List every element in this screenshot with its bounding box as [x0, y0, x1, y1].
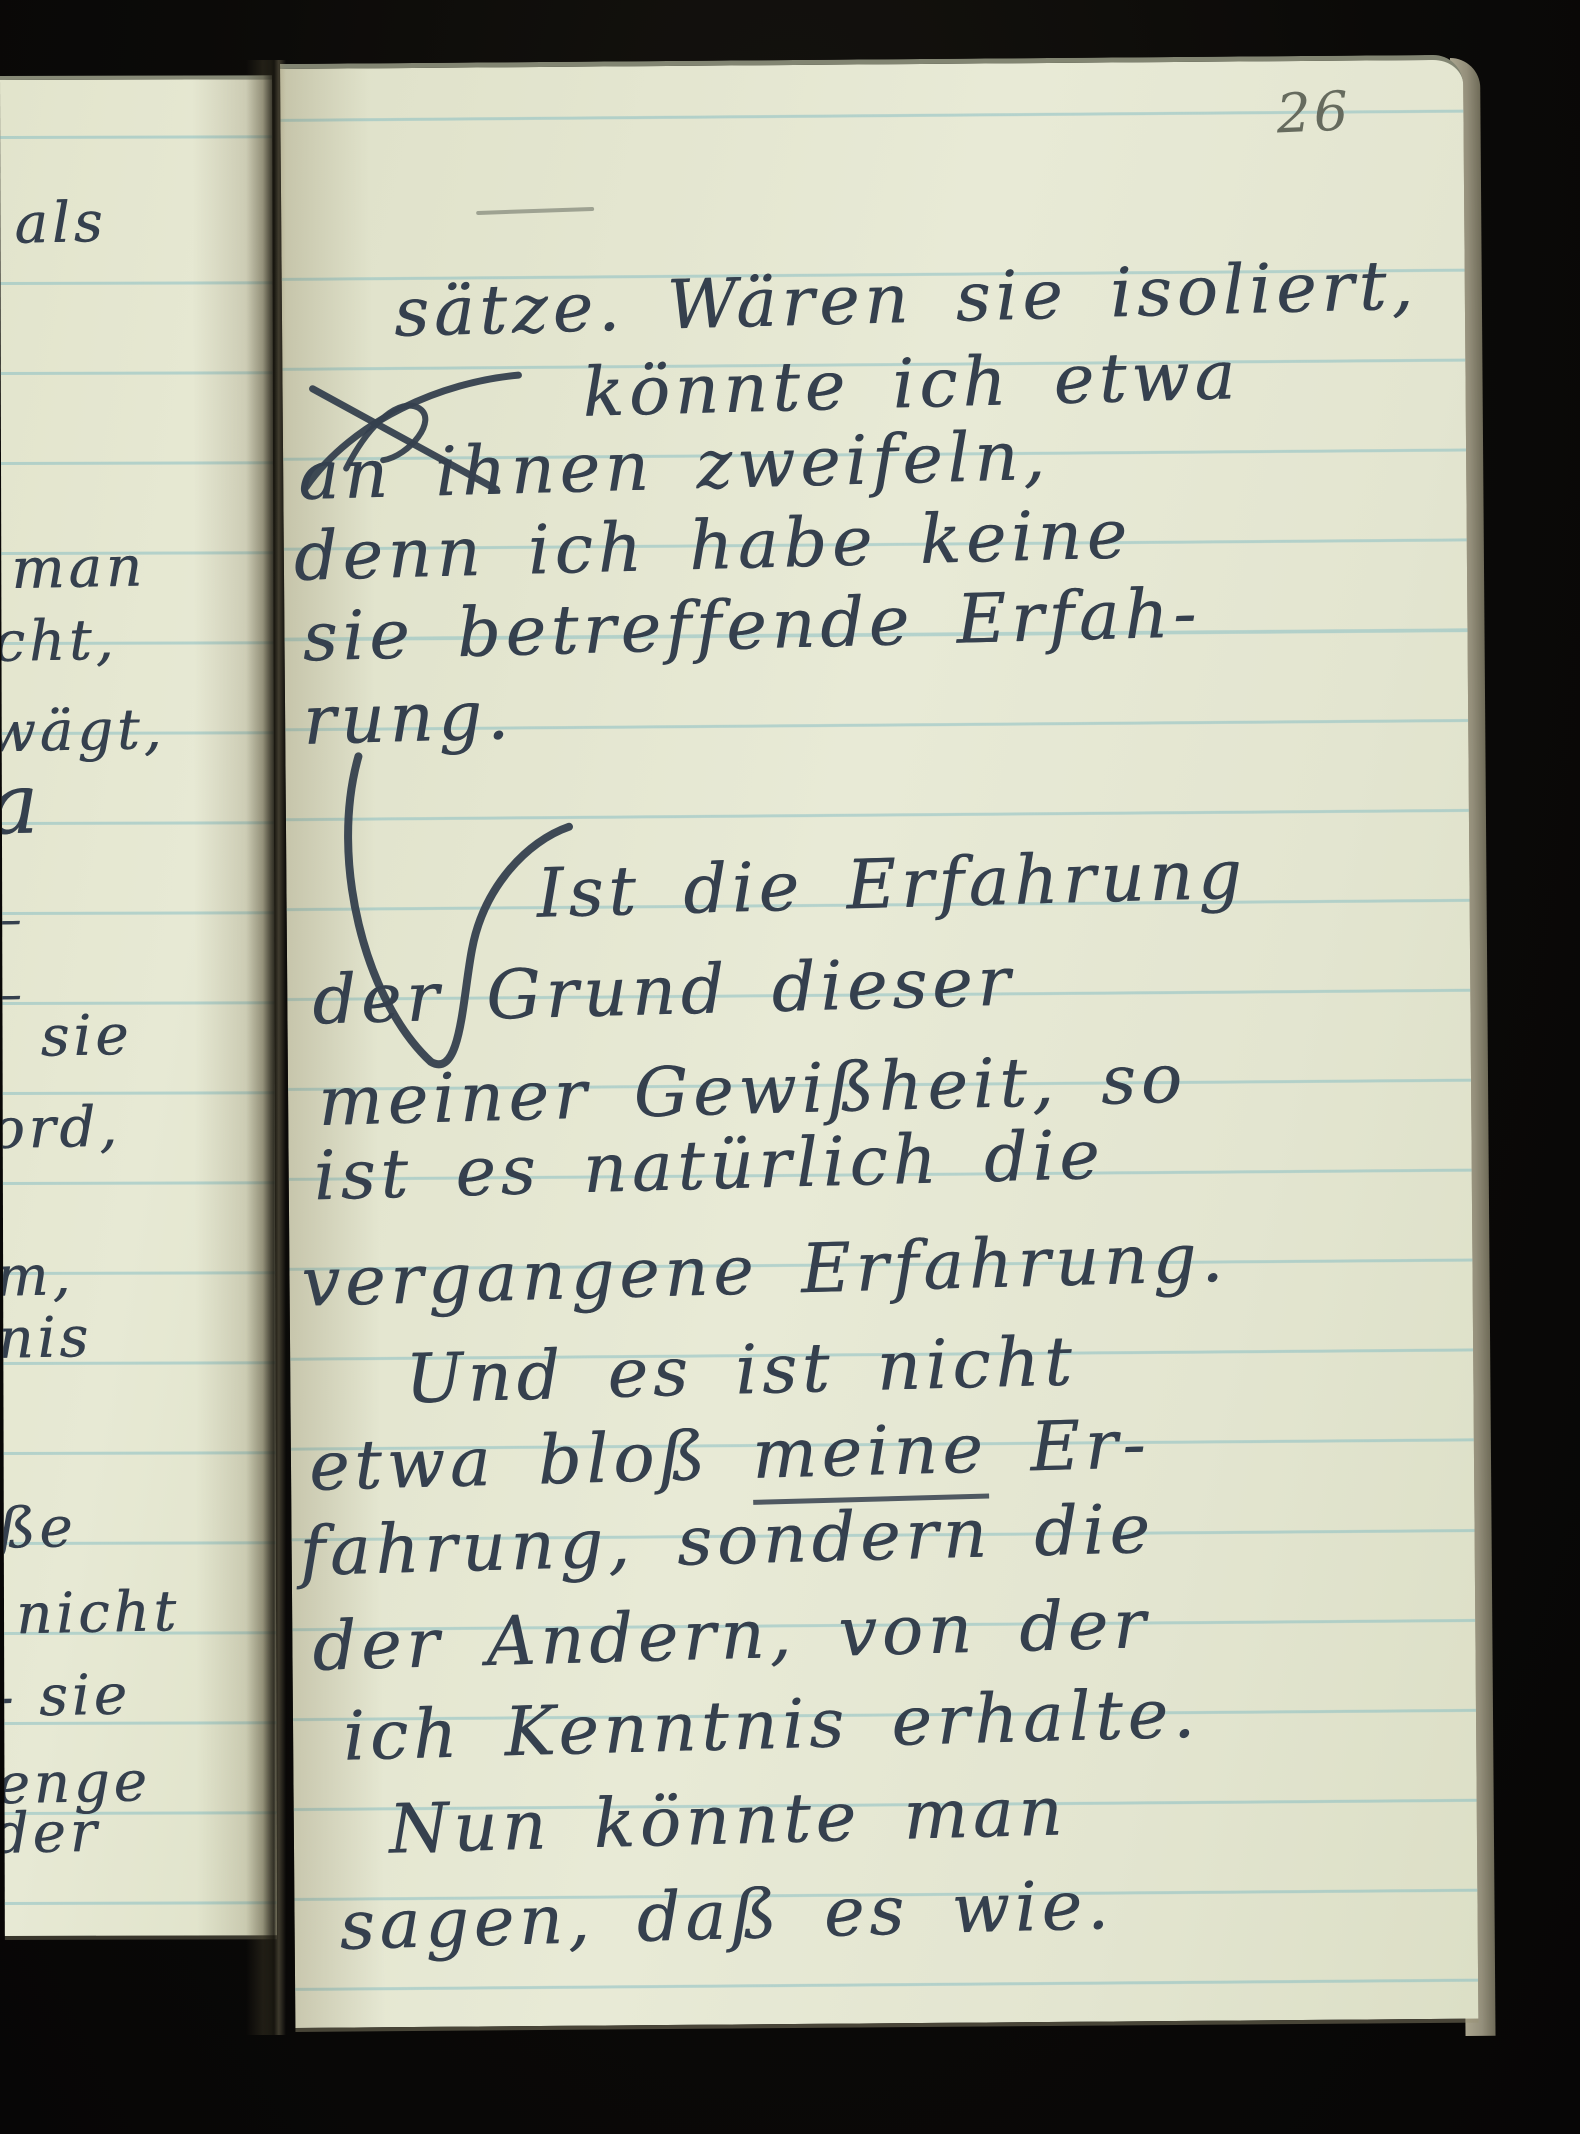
underlined-word: meine: [751, 1410, 989, 1505]
left-page-text: alsmancht,wägt,a––sieord,m,nisßenicht- s…: [0, 79, 272, 80]
handwriting-line: Nun könnte man: [388, 1769, 1069, 1873]
handwriting-fragment: der: [0, 1798, 101, 1870]
handwriting-line: sagen, daß es wie.: [339, 1863, 1115, 1970]
handwriting-fragment: man: [11, 532, 147, 605]
handwriting-fragment: nis: [0, 1303, 93, 1375]
handwriting-fragment: cht,: [0, 606, 118, 678]
handwriting-fragment: –: [0, 959, 26, 1030]
handwriting-fragment: a: [0, 758, 43, 849]
handwriting-fragment: sie: [40, 1001, 133, 1073]
handwriting-fragment: ße: [0, 1493, 77, 1565]
page-number: 26: [1275, 81, 1352, 144]
right-page: 26 sätze. Wären sie isoliert,könnte ich …: [280, 55, 1478, 2028]
handwriting-line: Ist die Erfahrung: [535, 833, 1247, 938]
handwriting-fragment: m,: [0, 1241, 75, 1313]
handwriting-fragment: - sie: [0, 1660, 131, 1733]
handwriting-fragment: nicht: [15, 1577, 180, 1650]
handwriting-line: der Grund dieser: [311, 940, 1016, 1045]
left-page: alsmancht,wägt,a––sieord,m,nisßenicht- s…: [0, 75, 277, 1936]
notebook-photo: alsmancht,wägt,a––sieord,m,nisßenicht- s…: [0, 0, 1580, 2134]
handwriting-line: vergangene Erfahrung.: [301, 1216, 1229, 1327]
faint-pencil-stroke-mark: [476, 207, 594, 215]
handwriting-fragment: ord,: [0, 1093, 122, 1166]
handwriting-fragment: als: [14, 188, 107, 260]
handwriting-line: ich Kenntnis erhalte.: [342, 1672, 1200, 1781]
handwriting-line: rung.: [302, 673, 514, 765]
handwriting-fragment: –: [0, 884, 26, 955]
handwriting-text: sätze. Wären sie isoliert,könnte ich etw…: [280, 60, 1463, 69]
handwriting-line: der Andern, von der: [311, 1582, 1151, 1691]
handwriting-line: sätze. Wären sie isoliert,: [393, 243, 1419, 357]
